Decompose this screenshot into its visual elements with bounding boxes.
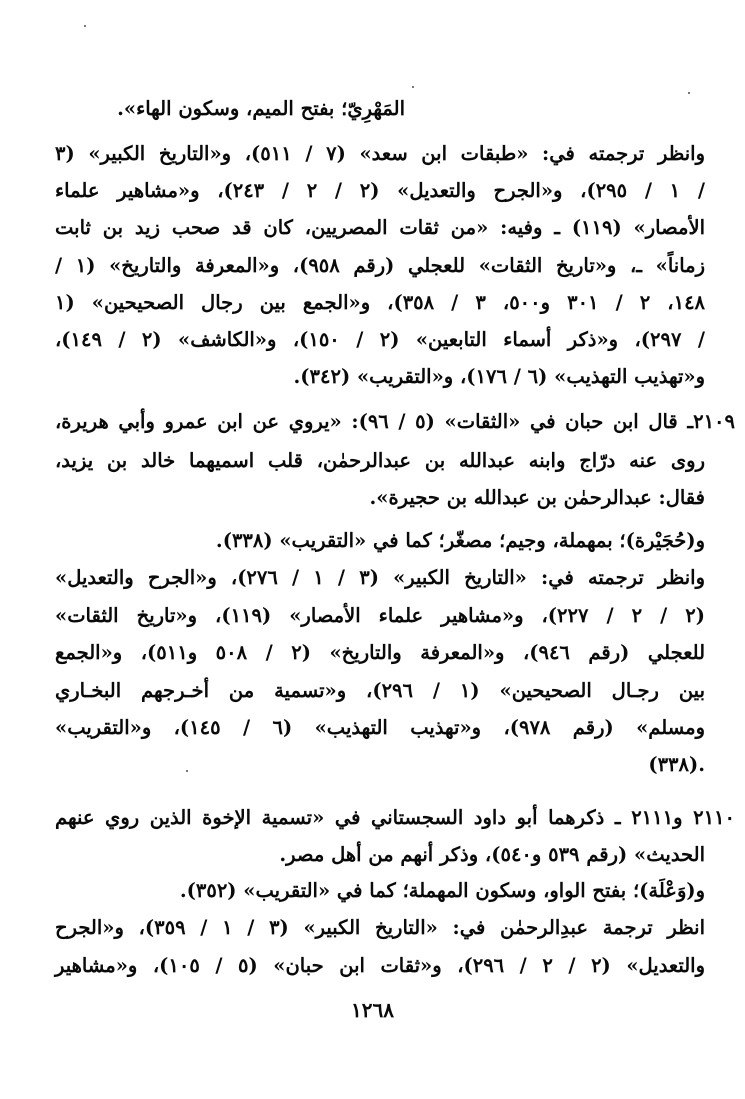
text-line: الحديث» (رقم ٥٣٩ و٥٤٠)، وذكر أنهم من أهل… <box>279 840 705 870</box>
text-line: بين رجـال الصحيحين» (١ / ٢٩٦)، و«تسمية م… <box>55 676 705 706</box>
text-line: للعجلي (رقم ٩٤٦)، و«المعرفة والتاريخ» (٢… <box>55 638 705 668</box>
text-line: انظر ترجمة عبدِالرحمٰن في: «التاريخ الكب… <box>55 913 705 943</box>
text-line: و(حُجَيْرة)؛ بمهملة، وجيم؛ مصغّر؛ كما في… <box>216 526 705 556</box>
text-line: / ٢٩٧)، و«ذكر أسماء التابعين» (٢ / ١٥٠)،… <box>55 325 705 355</box>
text-line: روى عنه درّاج وابنه عبدالله بن عبدالرحمٰ… <box>55 446 705 476</box>
text-line: و(وَعْلَة)؛ بفتح الواو، وسكون المهملة؛ ك… <box>180 876 705 906</box>
scan-speck <box>84 25 86 27</box>
text-line: والتعديل» (٢ / ٢ / ٢٩٦)، و«ثقات ابن حبان… <box>55 951 705 981</box>
page-number: ١٢٦٨ <box>0 998 745 1022</box>
text-line: فقال: عبدالرحمٰن بن عبدالله بن حجيرة». <box>369 483 705 513</box>
text-line: / ١ / ٢٩٥)، و«الجرح والتعديل» (٢ / ٢ / ٢… <box>55 176 705 206</box>
text-line: وانظر ترجمته في: «طبقات ابن سعد» (٧ / ٥١… <box>55 139 705 169</box>
document-page: المَهْرِيّ؛ بفتح الميم، وسكون الهاء». وا… <box>0 0 745 1099</box>
scan-speck <box>412 86 414 88</box>
text-line: (٣٣٨). <box>648 750 705 780</box>
entry-heading-2110-2111: ٢١١٠ و٢١١١ ـ ذكرهما أبو داود السجستاني ف… <box>55 803 735 833</box>
text-line: ومسلم» (رقم ٩٧٨)، و«تهذيب التهذيب» (٦ / … <box>55 713 705 743</box>
scan-speck <box>688 92 690 94</box>
text-line: الأمصار» (١١٩) ـ وفيه: «من ثقات المصريين… <box>55 213 705 243</box>
scan-speck <box>186 770 188 772</box>
text-line: وانظر ترجمته في: «التاريخ الكبير» (٣ / ١… <box>55 563 705 593</box>
text-line: المَهْرِيّ؛ بفتح الميم، وسكون الهاء». <box>117 94 405 124</box>
entry-heading-2109: ٢١٠٩ـ قال ابن حبان في «الثقات» (٥ / ٩٦):… <box>55 407 735 437</box>
text-line: و«تهذيب التهذيب» (٦ / ١٧٦)، و«التقريب» (… <box>294 362 705 392</box>
text-line: (٢ / ٢ / ٢٢٧)، و«مشاهير علماء الأمصار» (… <box>55 601 705 631</box>
text-line: ١٤٨، ٢ / ٣٠١ و٥٠٠، ٣ / ٣٥٨)، و«الجمع بين… <box>55 288 705 318</box>
text-line: زماناً» ـ، و«تاريخ الثقات» للعجلي (رقم ٩… <box>55 251 705 281</box>
